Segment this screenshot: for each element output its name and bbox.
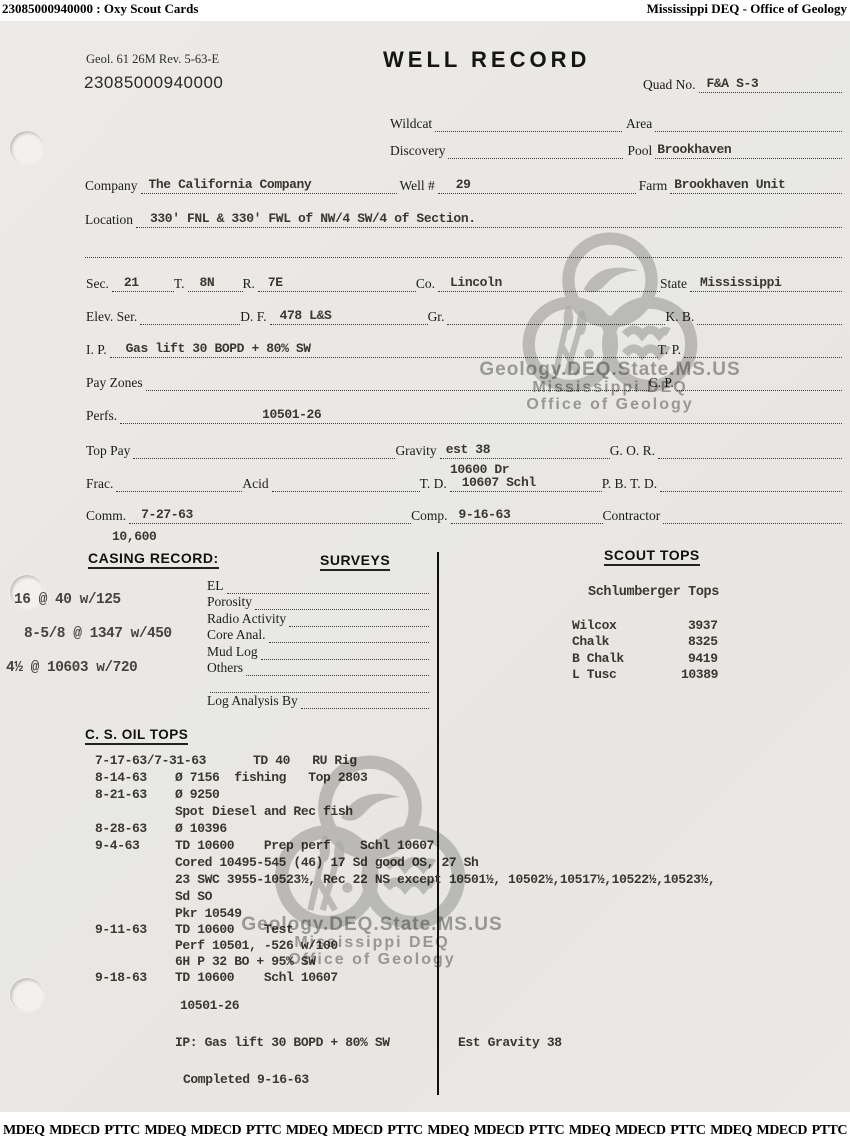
company-value: The California Company <box>149 177 312 192</box>
perfs-value: 10501-26 <box>262 407 321 422</box>
footer-token: MDEQ <box>286 1123 328 1139</box>
oil-tops-text: Ø 10396 <box>175 821 227 836</box>
state-value: Mississippi <box>700 275 781 290</box>
field-toppay-gravity-gor: Top Pay Gravity est 38 G. O. R. <box>86 442 842 459</box>
hole-punch <box>10 978 44 1012</box>
location-value: 330' FNL & 330' FWL of NW/4 SW/4 of Sect… <box>150 211 476 226</box>
oil-tops-text: Cored 10495-545 (46) 17 Sd good OS, 27 S… <box>175 855 478 870</box>
viewer-footer-bar: MDEQ MDECD PTTC MDEQ MDECD PTTC MDEQ MDE… <box>0 1112 850 1139</box>
footer-token: MDECD <box>615 1123 665 1139</box>
oil-tops-text: TD 40 RU Rig <box>253 753 357 768</box>
field-sec-t-r-co-state: Sec. 21 T. 8N R. 7E Co. Lincoln State Mi… <box>86 275 842 292</box>
range-value: 7E <box>268 275 283 290</box>
header-card-id: 23085000940000 : Oxy Scout Cards <box>0 0 201 17</box>
footer-token: PTTC <box>529 1123 564 1139</box>
scout-tops-subheading: Schlumberger Tops <box>588 585 719 600</box>
oil-tops-text: TD 10600 Schl 10607 <box>175 970 338 985</box>
surveys-heading: SURVEYS <box>320 552 390 571</box>
gravity-value: est 38 <box>446 442 490 457</box>
oil-tops-text: 6H P 32 BO + 95% SW <box>175 954 316 969</box>
scout-top-depth: 10389 <box>681 667 718 682</box>
footer-token: MDEQ <box>569 1123 611 1139</box>
survey-item: Mud Log <box>207 644 261 660</box>
oil-tops-text: TD 10600 Prep perf Schl 10607 <box>175 838 434 853</box>
field-perfs: Perfs. 10501-26 <box>86 407 842 424</box>
scout-top-name: L Tusc <box>572 667 616 682</box>
comp-value: 9-16-63 <box>459 507 511 522</box>
footer-token: MDEQ <box>3 1123 45 1139</box>
survey-item: Others <box>207 660 246 676</box>
oil-tops-text: Ø 7156 fishing Top 2803 <box>175 770 367 785</box>
scout-top-depth: 9419 <box>688 651 718 666</box>
casing-entry: 16 @ 40 w/125 <box>14 592 121 608</box>
field-discovery-pool: Discovery Pool Brookhaven <box>390 142 842 159</box>
oil-tops-date: 8-28-63 <box>95 821 147 836</box>
oil-tops-text: Spot Diesel and Rec fish <box>175 804 353 819</box>
form-title: WELL RECORD <box>383 47 590 73</box>
oil-tops-text: Perf 10501, -526 w/100 <box>175 938 338 953</box>
scanned-document: Geology.DEQ.State.MS.US Mississippi DEQ … <box>0 21 850 1113</box>
scout-top-name: B Chalk <box>572 651 624 666</box>
well-number-value: 29 <box>456 177 471 192</box>
field-location: Location 330' FNL & 330' FWL of NW/4 SW/… <box>85 211 842 228</box>
oil-tops-date: 9-11-63 <box>95 922 147 937</box>
oil-tops-text: Ø 9250 <box>175 787 219 802</box>
field-company-well-farm: Company The California Company Well # 29… <box>85 177 842 194</box>
scout-tops-heading: SCOUT TOPS <box>604 547 700 566</box>
footer-token: MDEQ <box>427 1123 469 1139</box>
oil-tops-text: IP: Gas lift 30 BOPD + 80% SW <box>175 1035 390 1050</box>
oil-tops-date: 9-4-63 <box>95 838 139 853</box>
survey-item: EL <box>207 578 227 594</box>
field-frac-acid-td-pbtd: Frac. Acid T. D. 10607 Schl P. B. T. D. <box>86 475 842 492</box>
footer-token: MDECD <box>49 1123 99 1139</box>
county-value: Lincoln <box>450 275 502 290</box>
footer-token: PTTC <box>246 1123 281 1139</box>
footer-token: MDECD <box>191 1123 241 1139</box>
footer-token: PTTC <box>812 1123 847 1139</box>
casing-record-heading: CASING RECORD: <box>88 550 219 569</box>
footer-token: MDECD <box>332 1123 382 1139</box>
footer-token: PTTC <box>670 1123 705 1139</box>
api-number: 23085000940000 <box>84 73 223 93</box>
comm-value: 7-27-63 <box>141 507 193 522</box>
footer-token: MDECD <box>757 1123 807 1139</box>
comm-depth-value: 10,600 <box>112 529 156 544</box>
footer-token: MDEQ <box>710 1123 752 1139</box>
df-value: 478 L&S <box>280 308 332 323</box>
footer-token: PTTC <box>387 1123 422 1139</box>
footer-token: MDEQ <box>144 1123 186 1139</box>
footer-token: MDECD <box>474 1123 524 1139</box>
scout-top-name: Wilcox <box>572 618 616 633</box>
field-wildcat-area: Wildcat Area <box>390 115 842 132</box>
oil-tops-text: 23 SWC 3955-10523½, Rec 22 NS except 105… <box>175 872 715 887</box>
casing-entry: 8-5/8 @ 1347 w/450 <box>24 626 172 642</box>
hole-punch <box>10 131 44 165</box>
oil-tops-text: Sd SO <box>175 889 212 904</box>
survey-item: Log Analysis By <box>207 693 301 709</box>
scout-top-depth: 3937 <box>688 618 718 633</box>
well-record-scan-page: 23085000940000 : Oxy Scout Cards Mississ… <box>0 0 850 1139</box>
sec-value: 21 <box>124 275 139 290</box>
footer-token: PTTC <box>104 1123 139 1139</box>
field-ip-tp: I. P. Gas lift 30 BOPD + 80% SW T. P. <box>86 341 842 358</box>
survey-item: Porosity <box>207 594 255 610</box>
oil-tops-text: 10501-26 <box>180 998 239 1013</box>
casing-entry: 4½ @ 10603 w/720 <box>6 660 137 676</box>
field-elev-df-gr-kb: Elev. Ser. D. F. 478 L&S Gr. K. B. <box>86 308 842 325</box>
scout-top-depth: 8325 <box>688 634 718 649</box>
dotted-rule <box>85 241 842 258</box>
viewer-header-bar: 23085000940000 : Oxy Scout Cards Mississ… <box>0 0 850 21</box>
field-payzones-cp: Pay Zones C. P. <box>86 374 842 391</box>
oil-tops-date: 8-21-63 <box>95 787 147 802</box>
oil-tops-date: 7-17-63/7-31-63 <box>95 753 206 768</box>
pool-value: Brookhaven <box>657 142 731 157</box>
oil-tops-date: 9-18-63 <box>95 970 147 985</box>
survey-item: Core Anal. <box>207 627 269 643</box>
oil-tops-side-note: Est Gravity 38 <box>458 1035 562 1050</box>
field-quad-no: Quad No. F&A S-3 <box>643 76 842 93</box>
oil-tops-text: TD 10600 Test <box>175 922 293 937</box>
survey-item: Radio Activity <box>207 611 289 627</box>
field-comm-comp-contractor: Comm. 7-27-63 Comp. 9-16-63 Contractor <box>86 507 842 524</box>
header-agency: Mississippi DEQ - Office of Geology <box>645 0 850 17</box>
oil-tops-text: Pkr 10549 <box>175 906 242 921</box>
td-value: 10607 Schl <box>462 475 536 490</box>
oil-tops-text: Completed 9-16-63 <box>183 1072 309 1087</box>
form-revision-number: Geol. 61 26M Rev. 5-63-E <box>86 52 219 67</box>
oil-tops-heading: C. S. OIL TOPS <box>85 727 188 745</box>
scout-top-name: Chalk <box>572 634 609 649</box>
quad-no-value: F&A S-3 <box>707 76 759 91</box>
oil-tops-date: 8-14-63 <box>95 770 147 785</box>
township-value: 8N <box>200 275 215 290</box>
ip-value: Gas lift 30 BOPD + 80% SW <box>126 341 311 356</box>
farm-value: Brookhaven Unit <box>674 177 785 192</box>
column-divider-line <box>437 552 439 1095</box>
